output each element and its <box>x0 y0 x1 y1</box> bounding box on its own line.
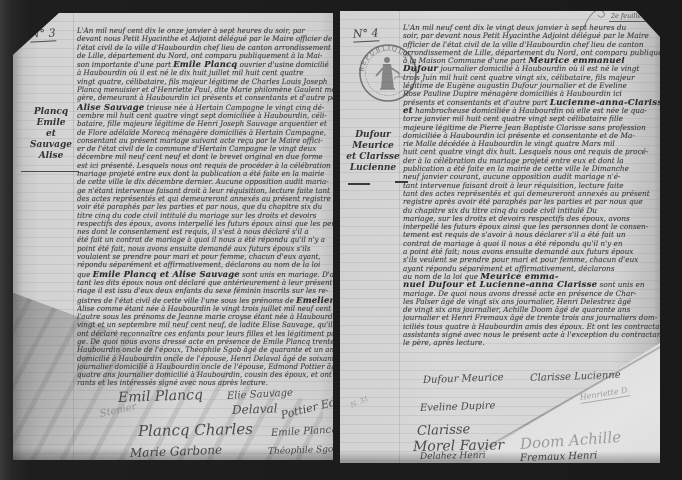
text-line: neuf janvier courant, aucune opposition … <box>403 173 660 181</box>
margin-note-names: DufourMeuriceet ClarisseLucienne <box>340 130 406 174</box>
margin-note-dash <box>348 183 370 185</box>
text-line: à la Maison Commune d'une part Meurice e… <box>403 57 660 65</box>
text-line: journalier domicilié à Haubourdin oncle … <box>77 363 333 371</box>
text-line: son importante d'une part Emile Plancq o… <box>77 60 333 69</box>
text-line: de Flore adélaïde Morecq ménagère domici… <box>77 129 333 137</box>
text-line: registre après avoir été paraphés par le… <box>403 198 660 206</box>
text-line: de vingt six ans journalier, Achille Doo… <box>403 306 660 314</box>
text-line: rants et les intéressés signé avec nous … <box>77 379 333 387</box>
text-line: à Haubourdin où il est né le dix huit ju… <box>77 69 333 77</box>
signature: Fremaux Henri <box>520 450 598 463</box>
text-line: point été fait, nous avons ensuite deman… <box>77 245 333 253</box>
signature: Clarisse Lucienne <box>530 370 621 384</box>
text-line: Dufour journalier domicilié à Haubourdin… <box>403 65 660 73</box>
text-line: voulaient se prendre pour mari et pour f… <box>77 253 333 261</box>
signature: Elie Sauvage <box>227 388 293 402</box>
text-line: quatre ans journalier domicilié à Haubou… <box>77 371 333 379</box>
text-line: présents et consentants et d'autre part … <box>403 99 660 107</box>
text-line: Alise Sauvage trieuse née à Hertain Camp… <box>77 103 333 112</box>
text-line: est ici présenté. Lesquels nous ont requ… <box>77 162 333 170</box>
text-line: mariage. De quoi nous avons dressé acte … <box>403 290 660 298</box>
text-line: publication a été faite en la mairie de … <box>403 165 660 173</box>
text-line: gère, demeurant à Haubourdin ici présent… <box>77 94 333 102</box>
text-line: légitime de Eugène augustin Dufour journ… <box>403 82 660 90</box>
signature: Théophile Sgob <box>268 445 333 457</box>
text-line: rie Malle décédée à Haubourdin le vingt … <box>403 140 660 148</box>
register-page-right: 2e feuillet N° 4 RÉPUBLIQUE FRANÇAISE Du… <box>340 11 660 463</box>
signature: Marie Garbone <box>130 443 223 460</box>
signature: Clarisse <box>417 422 471 439</box>
text-line: Plancq menuisier et d'Henriette Paul, di… <box>77 86 333 94</box>
act-body-text: L'An mil neuf cent dix le onze janvier à… <box>77 27 333 388</box>
act-body-text: L'An mil neuf cent dix le vingt deux jan… <box>403 24 660 348</box>
signature: Doom Achille <box>519 428 621 453</box>
text-line: décembre mil neuf cent neuf et dont le b… <box>77 153 333 161</box>
text-line: domiciliée à Haubourdin ici présente et … <box>403 132 660 140</box>
text-line: Alise <box>19 151 83 162</box>
signature: Plancq Charles <box>138 420 253 440</box>
text-line: que Emile Plancq et Alise Sauvage sont u… <box>77 270 333 279</box>
margin-note-underline <box>21 171 79 172</box>
text-line: nuel Dufour et Lucienne-anna Clarisse so… <box>403 281 660 289</box>
signature: Stenier <box>99 401 138 419</box>
text-line: L'An mil neuf cent dix le onze janvier à… <box>77 27 333 35</box>
text-line: Meurice <box>340 141 406 152</box>
text-line: le père, après lecture. <box>403 339 660 347</box>
text-line: cembre mil huit cent quatre vingt sept d… <box>77 112 333 120</box>
text-line: mariage projeté entre eux dont la public… <box>77 170 333 178</box>
text-line: ge n'étant intervenue faisant droit à le… <box>77 187 333 195</box>
text-line: du chapitre six du titre cinq du code ci… <box>403 207 660 215</box>
text-line: trois Juin mil huit cent quatre vingt si… <box>403 74 660 82</box>
text-line: des actes représentés et qui demeureront… <box>77 195 333 203</box>
document-scan: N° 3 PlancqEmileetSauvageAlise L'An mil … <box>0 0 682 480</box>
act-number: N° 3 <box>30 26 56 42</box>
text-line: torze janvier mil huit cent quatre vingt… <box>403 115 660 123</box>
text-line: Haubourdin oncle de l'époux, Théophile S… <box>77 346 333 354</box>
text-line: officier de l'état civil de la ville d'H… <box>403 41 660 49</box>
text-line: de cette ville le dix décembre dernier. … <box>77 178 333 186</box>
text-line: soir, par devant nous Petit Hyacinthe Ad… <box>403 32 660 40</box>
signature: Delahez Henri <box>420 451 486 462</box>
text-line: devant nous Petit Hyacinthe et Adjoint d… <box>77 35 333 43</box>
text-line: huit cent quatre vingt dix huit. Lesquel… <box>403 148 660 156</box>
signature: Eveline Dupire <box>420 400 496 414</box>
signature: Delaval <box>232 401 278 417</box>
signature: Dufour Meurice <box>423 372 504 386</box>
margin-rule <box>73 13 74 460</box>
text-line: journalier et Henri Fremaux âgé de trent… <box>403 314 660 322</box>
signature: Emile Plancq <box>271 425 333 439</box>
text-line: iciliés tous quatre à Haubourdin amis de… <box>403 323 660 331</box>
text-line: Lucienne <box>340 163 406 174</box>
text-line: assistants signé avec nous le présent ac… <box>403 331 660 339</box>
text-line: majeure légitime de Pierre Jean Baptiste… <box>403 124 660 132</box>
text-line: ont déclaré reconnaître ces enfants pour… <box>77 330 333 338</box>
text-line: arrondissement de Lille, département du … <box>403 49 660 57</box>
text-line: été fait un contrat de mariage à quoi il… <box>77 236 333 244</box>
text-line: au nom de la loi que Meurice emma- <box>403 273 660 281</box>
signature: Henriette D. <box>579 385 630 404</box>
text-line: Dufour <box>340 130 406 141</box>
text-line: de Lille, département du Nord, ont compa… <box>77 52 333 60</box>
text-line: tant des actes représentés et qui demeur… <box>403 190 660 198</box>
text-line: Emile <box>19 118 83 129</box>
text-line: nes dont le consentement est requis, il … <box>77 228 333 236</box>
text-line: tement est requis de s'avoir à nous décl… <box>403 231 660 239</box>
text-line: contrat de mariage à quoi il nous a été … <box>403 240 660 248</box>
text-line: tant les dits époux nous ont déclaré que… <box>77 279 333 287</box>
text-line: er de l'état civil de la commune d'Herta… <box>77 145 333 153</box>
text-line: et <box>19 129 83 140</box>
text-line: a point été fait; nous avons ensuite dem… <box>403 248 660 256</box>
text-line: tant intervenue faisant droit à leur réq… <box>403 182 660 190</box>
text-line: s'ils veulent se prendre pour mari et po… <box>403 256 660 264</box>
text-line: et Clarisse <box>340 152 406 163</box>
text-line: vingt quatre, célibataire, fils majeur l… <box>77 78 333 86</box>
margin-note-names: PlancqEmileetSauvageAlise <box>19 107 83 162</box>
text-line: domicilié à Haubourdin oncle de l'épouse… <box>77 355 333 363</box>
text-line: Alise comme étant née à Haubourdin le vi… <box>77 305 333 313</box>
text-line: ayant répondu séparément et affirmativem… <box>403 265 660 273</box>
text-line: les Palser âgé de vingt six ans journali… <box>403 298 660 306</box>
text-line: ge. De quoi nous avons dressé acte en pr… <box>77 338 333 346</box>
text-line: riage il est issu d'eux deux enfants du … <box>77 287 333 295</box>
text-line: et hambrocheuse domiciliée à Haubourdin … <box>403 107 660 115</box>
register-page-left: N° 3 PlancqEmileetSauvageAlise L'An mil … <box>13 13 333 460</box>
text-line: l'état civil de la ville d'Haubourdin ch… <box>77 44 333 52</box>
text-line: respectifs des époux, avons interpellé l… <box>77 220 333 228</box>
text-line: mariage, sur les droits et devoirs respe… <box>403 215 660 223</box>
text-line: répondu séparément et affirmativement, d… <box>77 261 333 269</box>
text-line: Rose Pauline Dupire ménagère domiciliés … <box>403 90 660 98</box>
text-line: Sauvage <box>19 140 83 151</box>
text-line: titre cinq du code civil intitulé du mar… <box>77 212 333 220</box>
text-line: consentant au présent mariage suivant ac… <box>77 137 333 145</box>
text-line: l'autre sous les prénoms de Jeanne marie… <box>77 313 333 321</box>
text-line: voir été paraphés par les parties et par… <box>77 203 333 211</box>
text-line: vingt et un septembre mil neuf cent neuf… <box>77 321 333 329</box>
text-line: gistres de l'état civil de cette ville l… <box>77 296 333 305</box>
folio-note: 2e feuillet <box>609 12 646 22</box>
text-line: der à la célébration du mariage projeté … <box>403 157 660 165</box>
text-line: bataire, fille majeure légitime de Henri… <box>77 120 333 128</box>
text-line: L'An mil neuf cent dix le vingt deux jan… <box>403 24 660 32</box>
text-line: Plancq <box>19 107 83 118</box>
text-line: interpellé les futurs époux ainsi que le… <box>403 223 660 231</box>
